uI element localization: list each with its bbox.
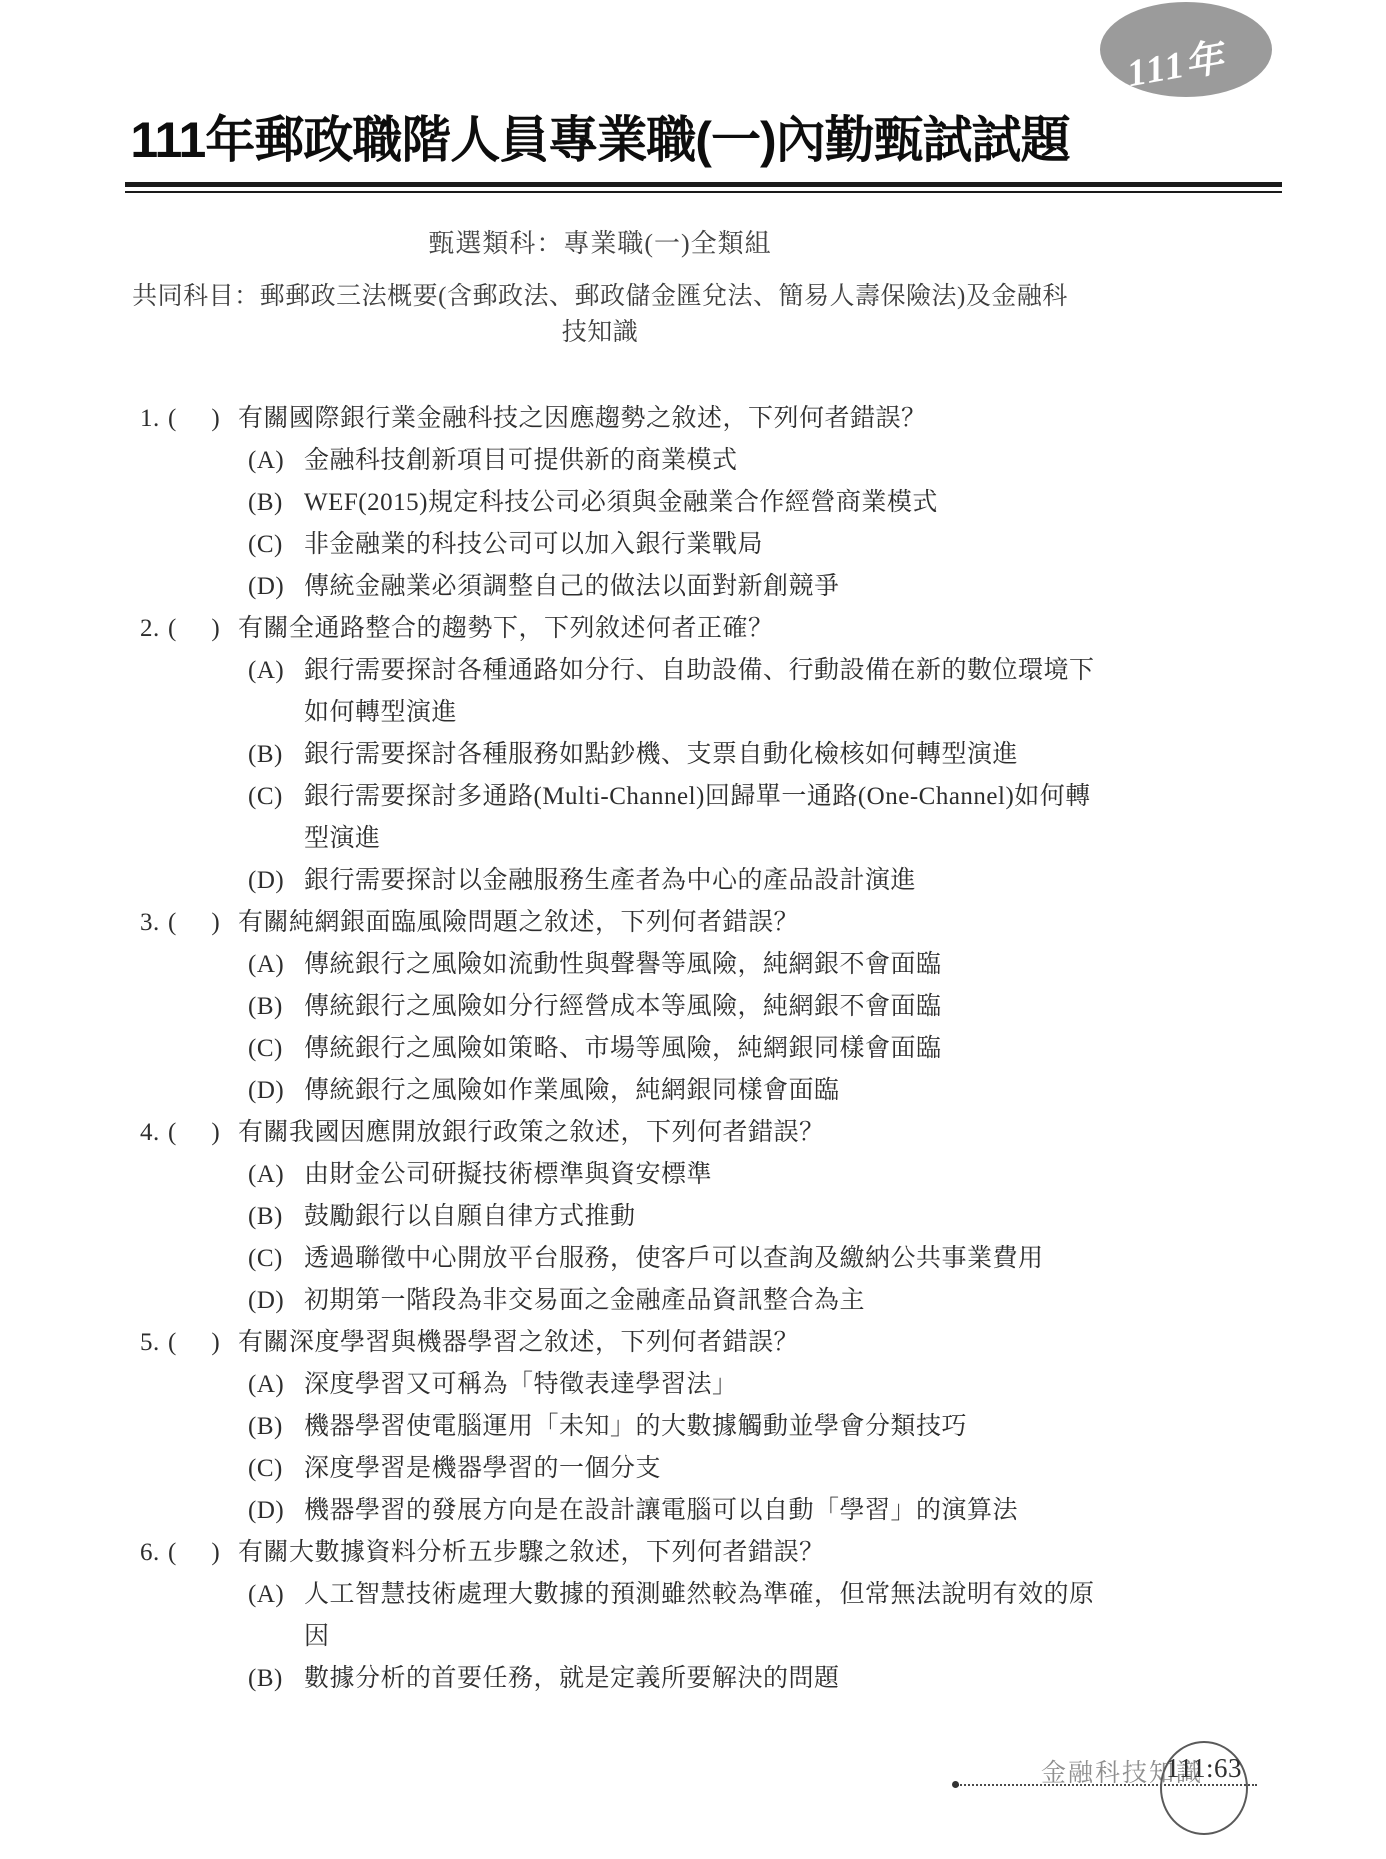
option-line: (D) 銀行需要探討以金融服務生產者為中心的產品設計演進 — [248, 860, 1100, 902]
option-line: (D) 傳統銀行之風險如作業風險，純網銀同樣會面臨 — [248, 1070, 1100, 1112]
option-text: 傳統銀行之風險如策略、市場等風險，純網銀同樣會面臨 — [304, 1028, 1100, 1070]
option-line: (D) 傳統金融業必須調整自己的做法以面對新創競爭 — [248, 566, 1100, 608]
option-text: 傳統銀行之風險如作業風險，純網銀同樣會面臨 — [304, 1070, 1100, 1112]
option-label: (D) — [248, 566, 304, 608]
option-line: (B) 鼓勵銀行以自願自律方式推動 — [248, 1196, 1100, 1238]
answer-blank: ( ) — [168, 1322, 238, 1364]
question-stem: 有關深度學習與機器學習之敘述，下列何者錯誤？ — [238, 1322, 1100, 1364]
option-text: 數據分析的首要任務，就是定義所要解決的問題 — [304, 1658, 1100, 1700]
option-label: (B) — [248, 986, 304, 1028]
footer-page-ref: 111:63 — [1166, 1753, 1242, 1833]
question-line: 2. ( ) 有關全通路整合的趨勢下，下列敘述何者正確？ — [140, 608, 1100, 650]
page-title: 111年郵政職階人員專業職(一)內勤甄試試題 — [125, 100, 1075, 180]
option-label: (A) — [248, 1574, 304, 1616]
option-line: (D) 初期第一階段為非交易面之金融產品資訊整合為主 — [248, 1280, 1100, 1322]
header: 111年郵政職階人員專業職(一)內勤甄試試題 甄選類科：專業職(一)全類組 共同… — [125, 100, 1282, 348]
option-label: (B) — [248, 734, 304, 776]
option-label: (B) — [248, 1406, 304, 1448]
answer-blank: ( ) — [168, 398, 238, 440]
option-label: (C) — [248, 1238, 304, 1280]
exam-page: 111年 111年郵政職階人員專業職(一)內勤甄試試題 甄選類科：專業職(一)全… — [0, 0, 1386, 1859]
option-text: 非金融業的科技公司可以加入銀行業戰局 — [304, 524, 1100, 566]
option-text: 銀行需要探討各種服務如點鈔機、支票自動化檢核如何轉型演進 — [304, 734, 1100, 776]
option-text: 由財金公司研擬技術標準與資安標準 — [304, 1154, 1100, 1196]
option-text: 銀行需要探討多通路(Multi-Channel)回歸單一通路(One-Chann… — [304, 776, 1100, 860]
question: 2. ( ) 有關全通路整合的趨勢下，下列敘述何者正確？ (A) 銀行需要探討各… — [140, 608, 1100, 902]
question-number: 3. — [140, 902, 168, 944]
question-number: 6. — [140, 1532, 168, 1574]
option-line: (A) 由財金公司研擬技術標準與資安標準 — [248, 1154, 1100, 1196]
option-label: (D) — [248, 860, 304, 902]
question-stem: 有關我國因應開放銀行政策之敘述，下列何者錯誤？ — [238, 1112, 1100, 1154]
option-line: (B) 銀行需要探討各種服務如點鈔機、支票自動化檢核如何轉型演進 — [248, 734, 1100, 776]
option-line: (A) 傳統銀行之風險如流動性與聲譽等風險，純網銀不會面臨 — [248, 944, 1100, 986]
question: 1. ( ) 有關國際銀行業金融科技之因應趨勢之敘述，下列何者錯誤？ (A) 金… — [140, 398, 1100, 608]
question-stem: 有關國際銀行業金融科技之因應趨勢之敘述，下列何者錯誤？ — [238, 398, 1100, 440]
option-label: (B) — [248, 1658, 304, 1700]
question-options: (A) 金融科技創新項目可提供新的商業模式 (B) WEF(2015)規定科技公… — [140, 440, 1100, 608]
question-options: (A) 深度學習又可稱為「特徵表達學習法」 (B) 機器學習使電腦運用「未知」的… — [140, 1364, 1100, 1532]
title-column: 111年郵政職階人員專業職(一)內勤甄試試題 — [125, 100, 1075, 180]
option-text: 機器學習的發展方向是在設計讓電腦可以自動「學習」的演算法 — [304, 1490, 1100, 1532]
question-options: (A) 由財金公司研擬技術標準與資安標準 (B) 鼓勵銀行以自願自律方式推動 (… — [140, 1154, 1100, 1322]
question: 4. ( ) 有關我國因應開放銀行政策之敘述，下列何者錯誤？ (A) 由財金公司… — [140, 1112, 1100, 1322]
questions-list: 1. ( ) 有關國際銀行業金融科技之因應趨勢之敘述，下列何者錯誤？ (A) 金… — [140, 398, 1100, 1700]
option-text: 銀行需要探討各種通路如分行、自助設備、行動設備在新的數位環境下如何轉型演進 — [304, 650, 1100, 734]
question-stem: 有關純網銀面臨風險問題之敘述，下列何者錯誤？ — [238, 902, 1100, 944]
option-line: (A) 金融科技創新項目可提供新的商業模式 — [248, 440, 1100, 482]
option-line: (B) 傳統銀行之風險如分行經營成本等風險，純網銀不會面臨 — [248, 986, 1100, 1028]
footer-rule-dot — [952, 1781, 959, 1788]
answer-blank: ( ) — [168, 1112, 238, 1154]
question: 3. ( ) 有關純網銀面臨風險問題之敘述，下列何者錯誤？ (A) 傳統銀行之風… — [140, 902, 1100, 1112]
question: 6. ( ) 有關大數據資料分析五步驟之敘述，下列何者錯誤？ (A) 人工智慧技… — [140, 1532, 1100, 1700]
option-line: (B) WEF(2015)規定科技公司必須與金融業合作經營商業模式 — [248, 482, 1100, 524]
option-line: (C) 銀行需要探討多通路(Multi-Channel)回歸單一通路(One-C… — [248, 776, 1100, 860]
question: 5. ( ) 有關深度學習與機器學習之敘述，下列何者錯誤？ (A) 深度學習又可… — [140, 1322, 1100, 1532]
option-text: 傳統銀行之風險如分行經營成本等風險，純網銀不會面臨 — [304, 986, 1100, 1028]
option-text: 透過聯徵中心開放平台服務，使客戶可以查詢及繳納公共事業費用 — [304, 1238, 1100, 1280]
option-text: 金融科技創新項目可提供新的商業模式 — [304, 440, 1100, 482]
option-line: (B) 數據分析的首要任務，就是定義所要解決的問題 — [248, 1658, 1100, 1700]
question-line: 4. ( ) 有關我國因應開放銀行政策之敘述，下列何者錯誤？ — [140, 1112, 1100, 1154]
question-number: 2. — [140, 608, 168, 650]
option-line: (A) 人工智慧技術處理大數據的預測雖然較為準確，但常無法說明有效的原因 — [248, 1574, 1100, 1658]
question-line: 3. ( ) 有關純網銀面臨風險問題之敘述，下列何者錯誤？ — [140, 902, 1100, 944]
option-label: (B) — [248, 1196, 304, 1238]
option-label: (D) — [248, 1280, 304, 1322]
option-text: 深度學習是機器學習的一個分支 — [304, 1448, 1100, 1490]
answer-blank: ( ) — [168, 608, 238, 650]
option-text: 傳統銀行之風險如流動性與聲譽等風險，純網銀不會面臨 — [304, 944, 1100, 986]
option-label: (C) — [248, 776, 304, 818]
question-options: (A) 傳統銀行之風險如流動性與聲譽等風險，純網銀不會面臨 (B) 傳統銀行之風… — [140, 944, 1100, 1112]
title-divider — [125, 182, 1282, 193]
question-number: 4. — [140, 1112, 168, 1154]
option-label: (C) — [248, 1448, 304, 1490]
question-number: 1. — [140, 398, 168, 440]
option-text: 傳統金融業必須調整自己的做法以面對新創競爭 — [304, 566, 1100, 608]
option-line: (A) 深度學習又可稱為「特徵表達學習法」 — [248, 1364, 1100, 1406]
option-text: 初期第一階段為非交易面之金融產品資訊整合為主 — [304, 1280, 1100, 1322]
question-line: 5. ( ) 有關深度學習與機器學習之敘述，下列何者錯誤？ — [140, 1322, 1100, 1364]
option-text: 深度學習又可稱為「特徵表達學習法」 — [304, 1364, 1100, 1406]
option-label: (A) — [248, 440, 304, 482]
option-label: (D) — [248, 1490, 304, 1532]
answer-blank: ( ) — [168, 1532, 238, 1574]
option-line: (C) 深度學習是機器學習的一個分支 — [248, 1448, 1100, 1490]
footer-page-badge: 111:63 — [1160, 1741, 1248, 1835]
selection-category-line: 甄選類科：專業職(一)全類組 — [125, 223, 1075, 260]
option-text: 鼓勵銀行以自願自律方式推動 — [304, 1196, 1100, 1238]
year-badge-ellipse: 111年 — [1100, 2, 1272, 97]
option-text: 人工智慧技術處理大數據的預測雖然較為準確，但常無法說明有效的原因 — [304, 1574, 1100, 1658]
year-badge-label: 111年 — [1122, 26, 1229, 97]
question-stem: 有關全通路整合的趨勢下，下列敘述何者正確？ — [238, 608, 1100, 650]
option-line: (A) 銀行需要探討各種通路如分行、自助設備、行動設備在新的數位環境下如何轉型演… — [248, 650, 1100, 734]
option-line: (B) 機器學習使電腦運用「未知」的大數據觸動並學會分類技巧 — [248, 1406, 1100, 1448]
common-subject-line: 共同科目：郵郵政三法概要(含郵政法、郵政儲金匯兌法、簡易人壽保險法)及金融科技知… — [125, 276, 1075, 348]
option-label: (A) — [248, 1364, 304, 1406]
question-line: 1. ( ) 有關國際銀行業金融科技之因應趨勢之敘述，下列何者錯誤？ — [140, 398, 1100, 440]
question-number: 5. — [140, 1322, 168, 1364]
question-options: (A) 人工智慧技術處理大數據的預測雖然較為準確，但常無法說明有效的原因 (B)… — [140, 1574, 1100, 1700]
option-label: (A) — [248, 944, 304, 986]
option-label: (D) — [248, 1070, 304, 1112]
option-line: (C) 透過聯徵中心開放平台服務，使客戶可以查詢及繳納公共事業費用 — [248, 1238, 1100, 1280]
option-text: 銀行需要探討以金融服務生產者為中心的產品設計演進 — [304, 860, 1100, 902]
option-label: (B) — [248, 482, 304, 524]
question-stem: 有關大數據資料分析五步驟之敘述，下列何者錯誤？ — [238, 1532, 1100, 1574]
option-line: (C) 傳統銀行之風險如策略、市場等風險，純網銀同樣會面臨 — [248, 1028, 1100, 1070]
option-text: WEF(2015)規定科技公司必須與金融業合作經營商業模式 — [304, 482, 1100, 524]
option-label: (A) — [248, 650, 304, 692]
option-label: (C) — [248, 524, 304, 566]
option-line: (C) 非金融業的科技公司可以加入銀行業戰局 — [248, 524, 1100, 566]
answer-blank: ( ) — [168, 902, 238, 944]
option-line: (D) 機器學習的發展方向是在設計讓電腦可以自動「學習」的演算法 — [248, 1490, 1100, 1532]
option-label: (C) — [248, 1028, 304, 1070]
option-text: 機器學習使電腦運用「未知」的大數據觸動並學會分類技巧 — [304, 1406, 1100, 1448]
option-label: (A) — [248, 1154, 304, 1196]
question-options: (A) 銀行需要探討各種通路如分行、自助設備、行動設備在新的數位環境下如何轉型演… — [140, 650, 1100, 902]
question-line: 6. ( ) 有關大數據資料分析五步驟之敘述，下列何者錯誤？ — [140, 1532, 1100, 1574]
